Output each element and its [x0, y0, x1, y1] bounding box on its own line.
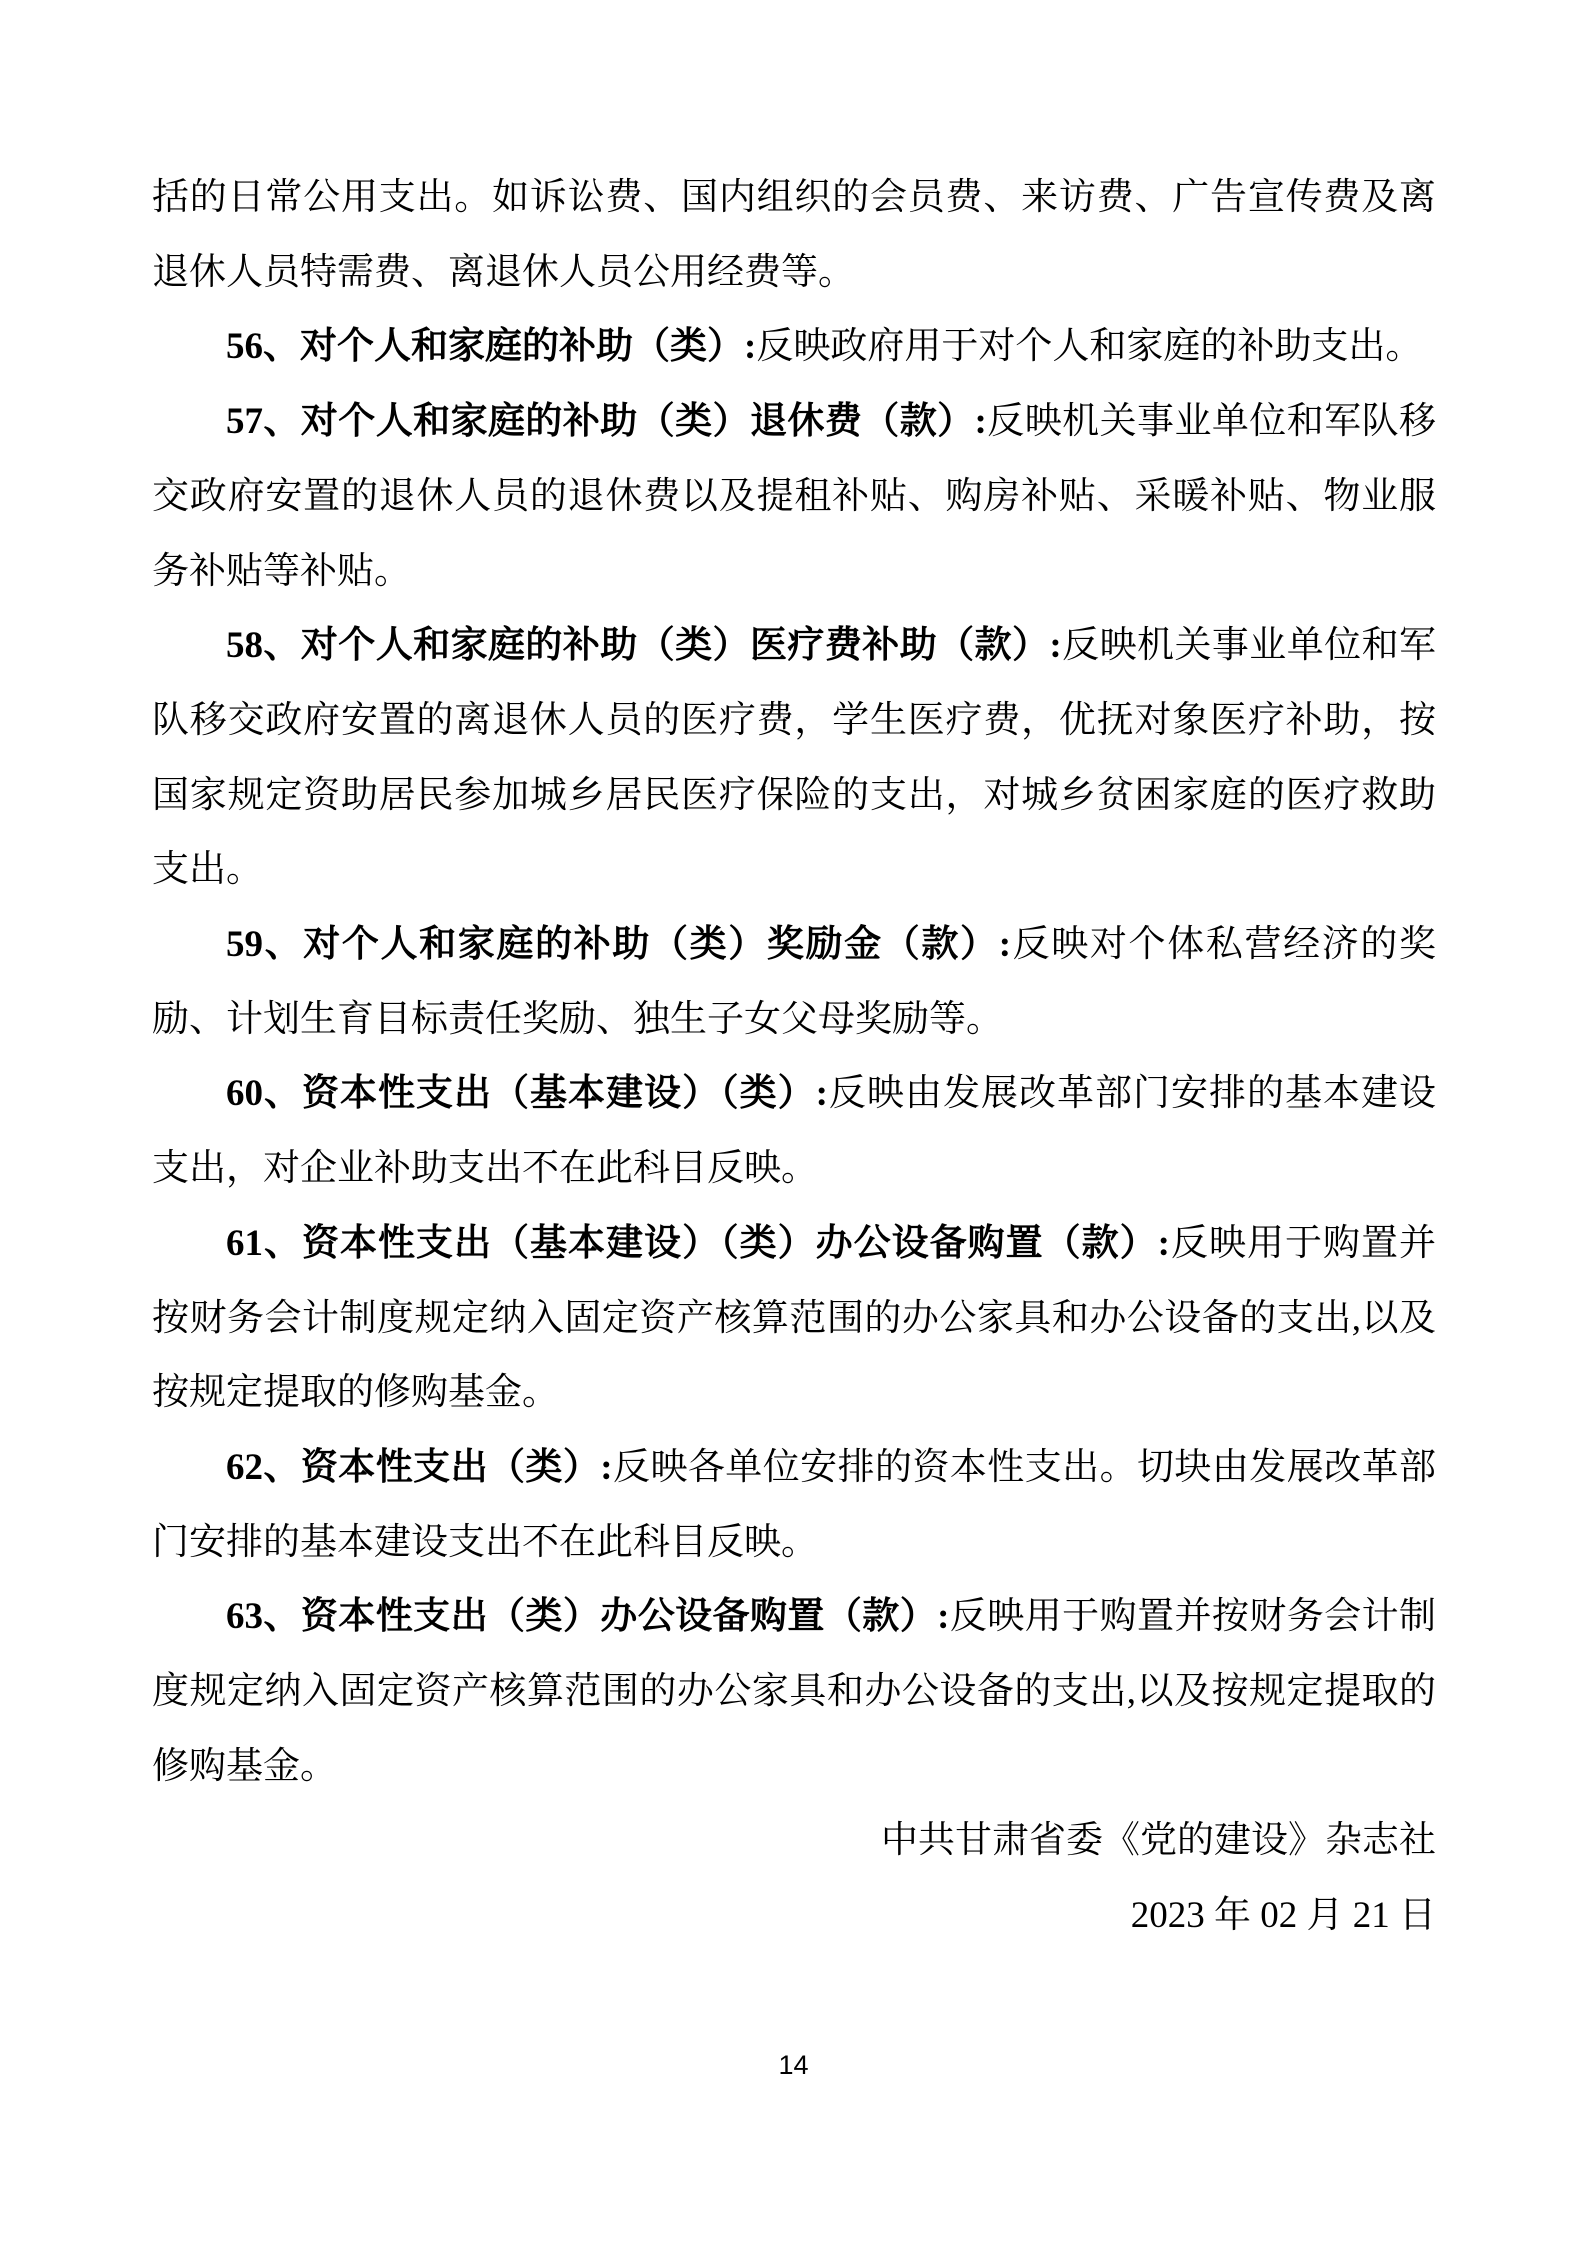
item-label: 57、对个人和家庭的补助（类）退休费（款）:: [226, 401, 987, 442]
page-number: 14: [0, 2050, 1587, 2081]
item-label: 59、对个人和家庭的补助（类）奖励金（款）:: [226, 924, 1011, 965]
item-label: 56、对个人和家庭的补助（类）:: [226, 326, 756, 367]
item-label: 63、资本性支出（类）办公设备购置（款）:: [226, 1596, 949, 1637]
signature-line: 中共甘肃省委《党的建设》杂志社: [152, 1804, 1436, 1879]
date-line: 2023 年 02 月 21 日: [152, 1879, 1436, 1954]
document-body: 括的日常公用支出。如诉讼费、国内组织的会员费、来访费、广告宣传费及离退休人员特需…: [152, 161, 1436, 1954]
item-body: 反映政府用于对个人和家庭的补助支出。: [756, 326, 1422, 367]
item-paragraph-59: 59、对个人和家庭的补助（类）奖励金（款）:反映对个体私营经济的奖励、计划生育目…: [152, 908, 1436, 1057]
document-page: 括的日常公用支出。如诉讼费、国内组织的会员费、来访费、广告宣传费及离退休人员特需…: [0, 0, 1587, 2245]
item-paragraph-61: 61、资本性支出（基本建设）（类）办公设备购置（款）:反映用于购置并按财务会计制…: [152, 1207, 1436, 1431]
item-paragraph-57: 57、对个人和家庭的补助（类）退休费（款）:反映机关事业单位和军队移交政府安置的…: [152, 385, 1436, 609]
item-label: 62、资本性支出（类）:: [226, 1447, 613, 1488]
item-paragraph-60: 60、资本性支出（基本建设）（类）:反映由发展改革部门安排的基本建设支出，对企业…: [152, 1057, 1436, 1206]
item-label: 60、资本性支出（基本建设）（类）:: [226, 1073, 828, 1114]
intro-continuation-paragraph: 括的日常公用支出。如诉讼费、国内组织的会员费、来访费、广告宣传费及离退休人员特需…: [152, 161, 1436, 310]
item-label: 61、资本性支出（基本建设）（类）办公设备购置（款）:: [226, 1223, 1170, 1264]
item-label: 58、对个人和家庭的补助（类）医疗费补助（款）:: [226, 625, 1062, 666]
item-paragraph-56: 56、对个人和家庭的补助（类）:反映政府用于对个人和家庭的补助支出。: [152, 310, 1436, 385]
item-paragraph-62: 62、资本性支出（类）:反映各单位安排的资本性支出。切块由发展改革部门安排的基本…: [152, 1431, 1436, 1580]
item-paragraph-58: 58、对个人和家庭的补助（类）医疗费补助（款）:反映机关事业单位和军队移交政府安…: [152, 609, 1436, 908]
item-paragraph-63: 63、资本性支出（类）办公设备购置（款）:反映用于购置并按财务会计制度规定纳入固…: [152, 1580, 1436, 1804]
